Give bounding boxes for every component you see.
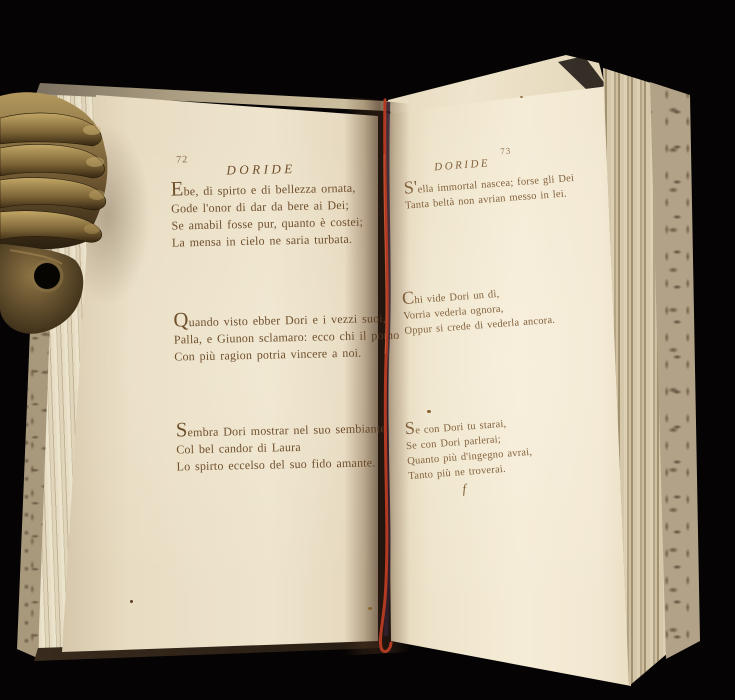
foxing-speck xyxy=(520,96,523,98)
book-photo: 72 DORIDE Ebe, di spirto e di bellezza o… xyxy=(0,0,735,700)
folio-number: 72 xyxy=(176,154,188,165)
right-page-text: 73 DORIDE S'ella immortal nascea; forse … xyxy=(398,124,616,517)
running-title: DORIDE xyxy=(226,161,296,178)
poem-stanza: Se con Dori tu starai, Se con Dori parle… xyxy=(404,415,533,484)
brass-hand-clamp xyxy=(0,92,110,338)
poem-stanza: Ebe, di spirto e di bellezza ornata, God… xyxy=(171,180,364,252)
catchword: f xyxy=(462,481,467,497)
bookmark-ribbon xyxy=(364,94,412,670)
folio-number: 73 xyxy=(500,146,512,157)
ink-speck xyxy=(130,600,133,603)
running-title: DORIDE xyxy=(434,157,491,173)
poem-stanza: S'ella immortal nascea; forse gli Dei Ta… xyxy=(403,171,575,214)
ink-speck xyxy=(427,410,431,413)
poem-line: La mensa in cielo ne saria turbata. xyxy=(172,231,364,252)
poem-stanza: Chi vide Dori un dì, Vorria vederla ogno… xyxy=(402,283,556,339)
